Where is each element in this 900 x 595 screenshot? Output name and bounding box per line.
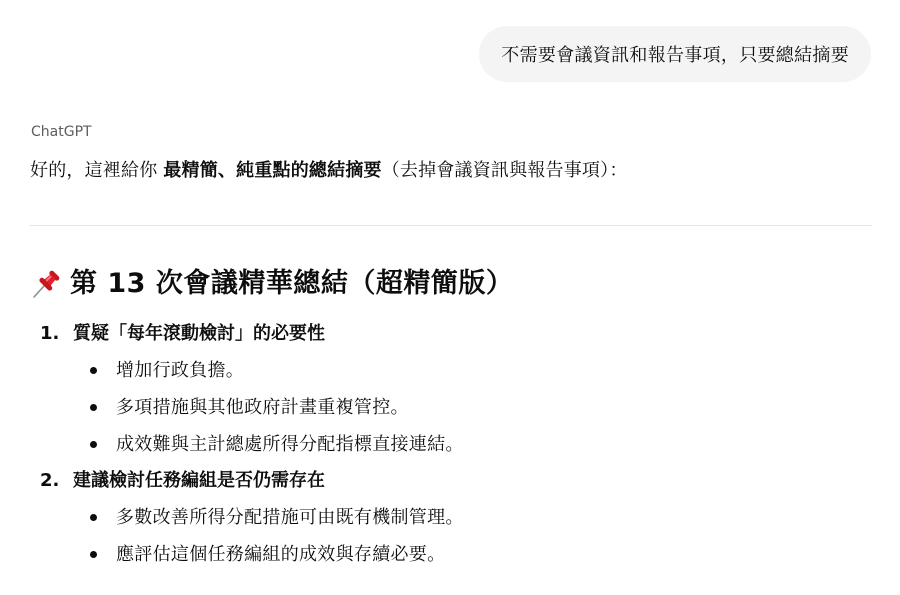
summary-list: 1. 質疑「每年滾動檢討」的必要性 增加行政負擔。 多項措施與其他政府計畫重複管… bbox=[40, 316, 860, 573]
list-item: 增加行政負擔。 bbox=[40, 352, 860, 389]
section-title-text: 質疑「每年滾動檢討」的必要性 bbox=[73, 316, 325, 352]
section-title-1: 1. 質疑「每年滾動檢討」的必要性 bbox=[40, 316, 860, 352]
list-item-text: 應評估這個任務編組的成效與存續必要。 bbox=[116, 536, 445, 573]
section-number: 2. bbox=[40, 463, 73, 499]
heading-text: 第 13 次會議精華總結（超精簡版） bbox=[70, 264, 513, 304]
divider bbox=[30, 225, 872, 226]
bullet-icon bbox=[90, 551, 97, 558]
list-item: 多數改善所得分配措施可由既有機制管理。 bbox=[40, 499, 860, 536]
list-item-text: 成效難與主計總處所得分配指標直接連結。 bbox=[116, 426, 464, 463]
pushpin-icon bbox=[30, 268, 62, 300]
bullet-icon bbox=[90, 404, 97, 411]
list-item: 成效難與主計總處所得分配指標直接連結。 bbox=[40, 426, 860, 463]
intro-prefix: 好的，這裡給你 bbox=[30, 160, 163, 181]
section-number: 1. bbox=[40, 316, 73, 352]
section-title-text: 建議檢討任務編組是否仍需存在 bbox=[73, 463, 325, 499]
list-item: 應評估這個任務編組的成效與存續必要。 bbox=[40, 536, 860, 573]
assistant-label: ChatGPT bbox=[31, 118, 872, 146]
bullet-icon bbox=[90, 367, 97, 374]
list-item-text: 增加行政負擔。 bbox=[116, 352, 244, 389]
list-item-text: 多項措施與其他政府計畫重複管控。 bbox=[116, 389, 409, 426]
assistant-intro: 好的，這裡給你 最精簡、純重點的總結摘要（去掉會議資訊與報告事項）： bbox=[30, 157, 872, 185]
list-item: 多項措施與其他政府計畫重複管控。 bbox=[40, 389, 860, 426]
assistant-message: ChatGPT 好的，這裡給你 最精簡、純重點的總結摘要（去掉會議資訊與報告事項… bbox=[30, 118, 872, 185]
intro-suffix: （去掉會議資訊與報告事項）： bbox=[382, 160, 628, 181]
summary-heading: 第 13 次會議精華總結（超精簡版） bbox=[30, 264, 513, 304]
bullet-icon bbox=[90, 441, 97, 448]
chat-page: 不需要會議資訊和報告事項，只要總結摘要 ChatGPT 好的，這裡給你 最精簡、… bbox=[0, 0, 900, 595]
list-item-text: 多數改善所得分配措施可由既有機制管理。 bbox=[116, 499, 464, 536]
user-message-bubble: 不需要會議資訊和報告事項，只要總結摘要 bbox=[479, 26, 871, 82]
intro-bold: 最精簡、純重點的總結摘要 bbox=[163, 160, 381, 181]
user-message-row: 不需要會議資訊和報告事項，只要總結摘要 bbox=[479, 26, 871, 82]
bullet-icon bbox=[90, 514, 97, 521]
section-title-2: 2. 建議檢討任務編組是否仍需存在 bbox=[40, 463, 860, 499]
